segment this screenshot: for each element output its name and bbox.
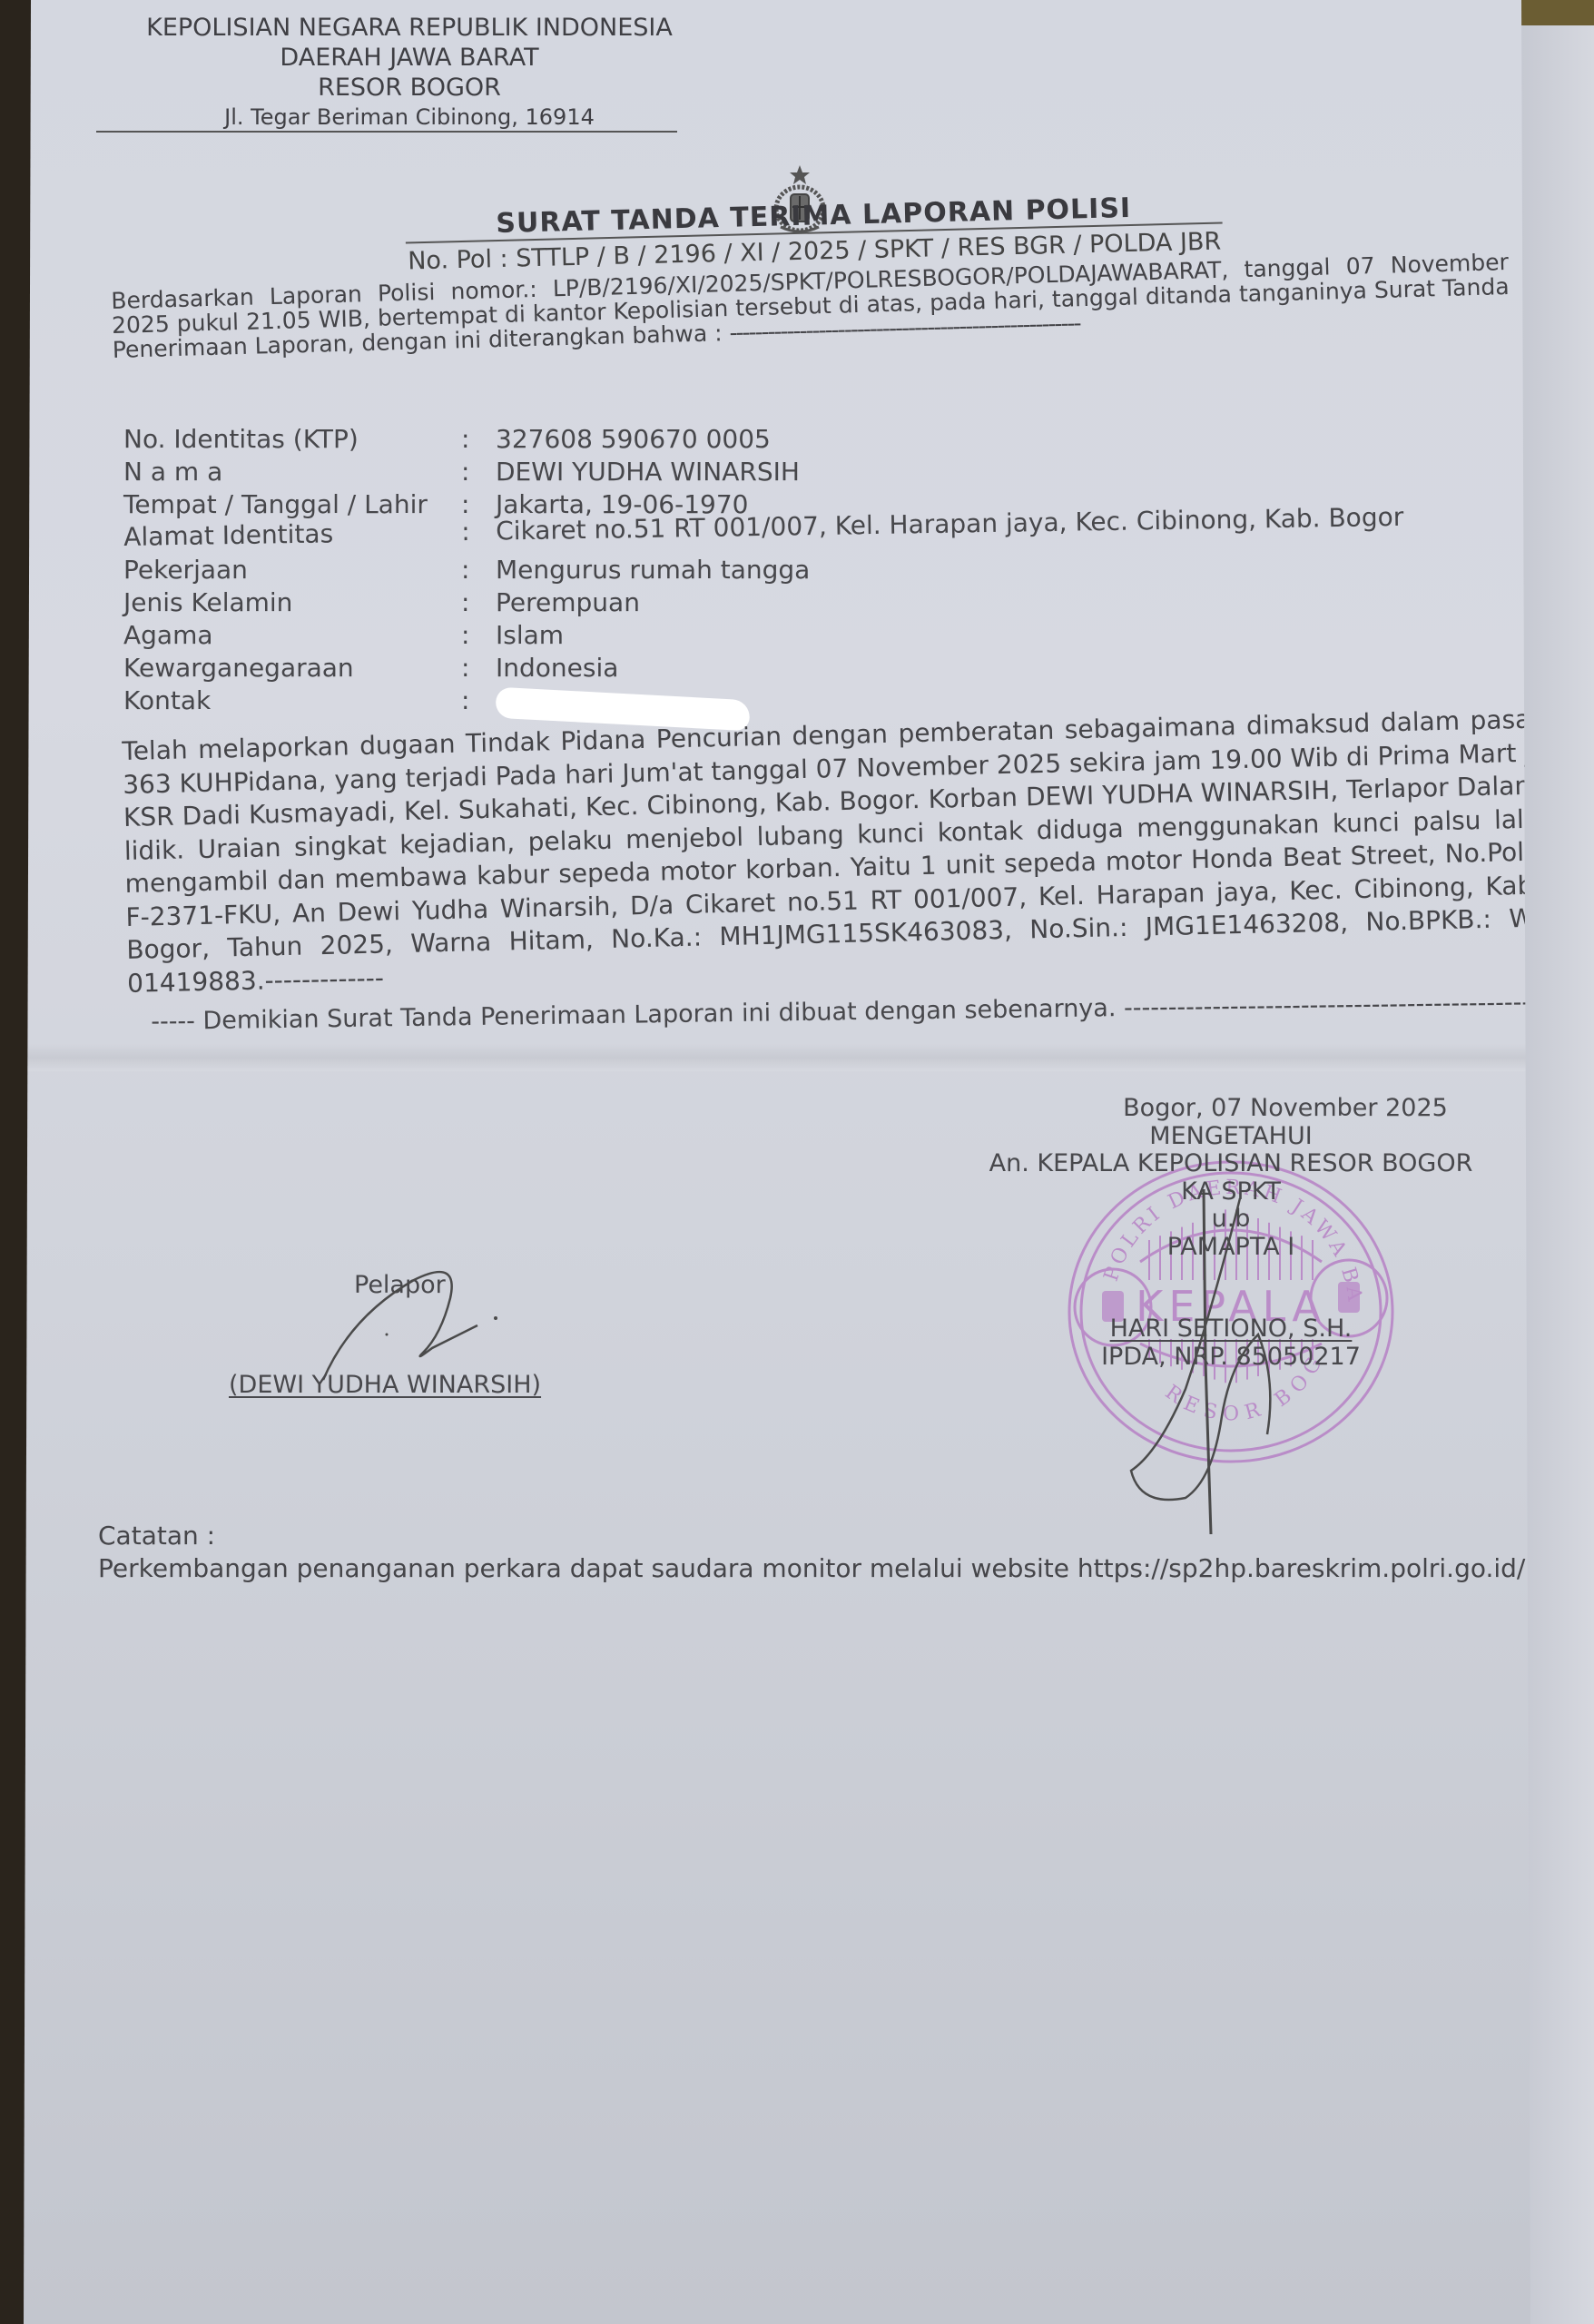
identity-field-colon: :	[461, 423, 496, 456]
intro-paragraph: Berdasarkan Laporan Polisi nomor.: LP/B/…	[111, 250, 1510, 362]
identity-field-value: Islam	[496, 619, 564, 652]
letterhead-address: Jl. Tegar Beriman Cibinong, 16914	[114, 103, 704, 133]
identity-field-value: 327608 590670 0005	[496, 423, 771, 456]
identity-fields: No. Identitas (KTP):327608 590670 0005N …	[123, 423, 1440, 724]
closing-statement: ----- Demikian Surat Tanda Penerimaan La…	[151, 989, 1540, 1036]
identity-field-label: Alamat Identitas	[123, 516, 462, 554]
identity-field-colon: :	[461, 586, 496, 619]
identity-field-row: N a m a:DEWI YUDHA WINARSIH	[123, 456, 1440, 488]
identity-field-label: Jenis Kelamin	[123, 586, 461, 619]
report-paragraph: Telah melaporkan dugaan Tindak Pidana Pe…	[122, 704, 1543, 1000]
signature-place-date: Bogor, 07 November 2025	[1058, 1095, 1512, 1123]
identity-field-label: Agama	[123, 619, 461, 652]
identity-field-label: No. Identitas (KTP)	[123, 423, 461, 456]
identity-field-row: Agama:Islam	[123, 619, 1440, 652]
identity-field-row: Kewarganegaraan:Indonesia	[123, 652, 1440, 684]
background-surface	[1512, 0, 1594, 27]
identity-field-value: Perempuan	[496, 586, 640, 619]
reporter-handwritten-signature	[314, 1262, 514, 1389]
letterhead-line-2: DAERAH JAWA BARAT	[114, 43, 704, 73]
document-paper: KEPOLISIAN NEGARA REPUBLIK INDONESIA DAE…	[24, 0, 1530, 2324]
official-handwritten-signature	[1104, 1180, 1331, 1543]
identity-field-colon: :	[461, 684, 496, 724]
reporter-name: (DEWI YUDHA WINARSIH)	[229, 1371, 541, 1399]
identity-field-value: DEWI YUDHA WINARSIH	[496, 456, 800, 488]
signature-line-an-kepala: An. KEPALA KEPOLISIAN RESOR BOGOR	[950, 1150, 1512, 1178]
identity-field-row: No. Identitas (KTP):327608 590670 0005	[123, 423, 1440, 456]
letterhead: KEPOLISIAN NEGARA REPUBLIK INDONESIA DAE…	[114, 13, 704, 133]
identity-field-label: Pekerjaan	[123, 554, 461, 586]
identity-field-colon: :	[461, 516, 497, 549]
identity-field-value: Indonesia	[496, 652, 618, 684]
identity-field-label: Kontak	[123, 684, 461, 724]
intro-text: Berdasarkan Laporan Polisi nomor.: LP/B/…	[111, 249, 1510, 363]
signature-line-mengetahui: MENGETAHUI	[950, 1123, 1512, 1151]
identity-field-label: N a m a	[123, 456, 461, 488]
letterhead-rule	[96, 131, 677, 133]
identity-field-colon: :	[461, 619, 496, 652]
identity-field-row: Jenis Kelamin:Perempuan	[123, 586, 1440, 619]
identity-field-colon: :	[461, 456, 496, 488]
letterhead-line-3: RESOR BOGOR	[114, 73, 704, 103]
identity-field-colon: :	[461, 652, 496, 684]
letterhead-line-1: KEPOLISIAN NEGARA REPUBLIK INDONESIA	[114, 13, 704, 43]
identity-field-label: Kewarganegaraan	[123, 652, 461, 684]
redacted-value	[496, 684, 750, 724]
identity-field-value: Mengurus rumah tangga	[496, 554, 810, 586]
notes-text: Perkembangan penanganan perkara dapat sa…	[98, 1552, 1525, 1585]
identity-field-row: Pekerjaan:Mengurus rumah tangga	[123, 554, 1440, 586]
identity-field-colon: :	[461, 554, 496, 586]
